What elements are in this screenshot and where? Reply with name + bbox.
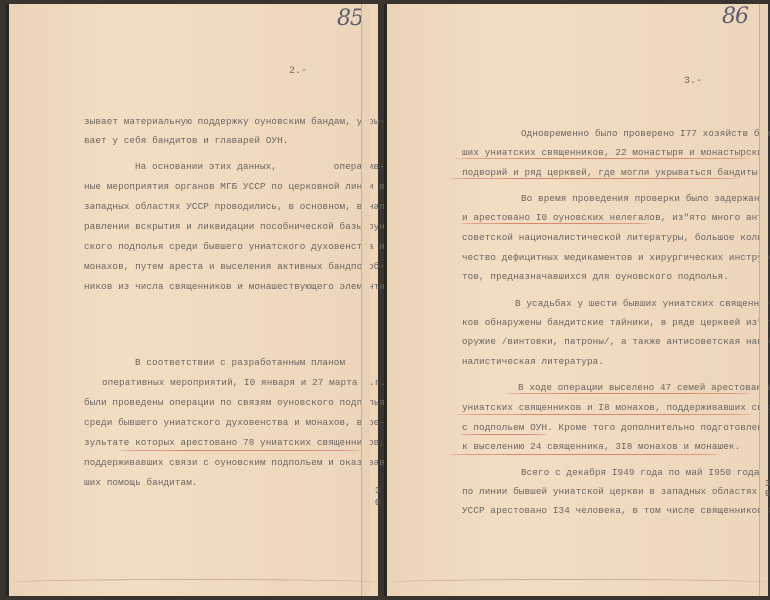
text-line: советской националистической литературы,… [462, 232, 769, 243]
page-edge [759, 4, 768, 596]
margin-mark: 0 [765, 489, 770, 499]
text-line: тов, предназначавшихся для оуновского по… [462, 271, 729, 282]
right-page: 86 3.- Одновременно было проверено I77 х… [384, 4, 768, 596]
text-line: зывает материальную поддержку оуновским … [84, 116, 385, 127]
red-underline [449, 454, 719, 455]
red-underline [455, 158, 750, 159]
red-underline [506, 393, 751, 394]
text-line: ших униатских священников, 22 монастыря … [462, 147, 769, 158]
red-underline [119, 450, 361, 451]
page-curl [9, 579, 378, 586]
text-line: чество дефицитных медикаментов и хирурги… [462, 252, 770, 263]
page-number: 3.- [684, 76, 702, 87]
text-line: В ходе операции выселено 47 семей аресто… [518, 382, 770, 393]
text-line: ников из числа священников и монашествую… [84, 281, 391, 292]
text-line: поддерживавших связи с оуновским подполь… [84, 457, 391, 468]
text-line: налистическая литература. [462, 356, 604, 367]
margin-mark: 3 [765, 479, 770, 489]
text-line: с подпольем ОУН. Кроме того дополнительн… [462, 422, 769, 433]
text-line: подворий и ряд церквей, где могли укрыва… [462, 167, 763, 178]
text-line: ших помощь бандитам. [84, 477, 198, 488]
red-underline [461, 434, 546, 435]
text-line: были проведены операции по связям оуновс… [84, 397, 385, 408]
text-line: равлении вскрытия и ликвидации пособниче… [84, 221, 402, 232]
text-line: В усадьбах у шести бывших униатских свящ… [515, 298, 770, 309]
text-line: и арестовано I0 оуновских нелегалов, из"… [462, 212, 770, 223]
text-line: В соответствии с разработанным планом [135, 357, 345, 368]
text-line: УССР арестовано I34 человека, в том числ… [462, 505, 770, 516]
page-edge [361, 4, 370, 596]
text-line: униатских священников и I8 монахов, подд… [462, 402, 770, 413]
text-line: к выселению 24 священника, 3I8 монахов и… [462, 441, 740, 452]
text-line: Во время проведения проверки было задерж… [521, 193, 765, 204]
text-line: ков обнаружены бандитские тайники, в ряд… [462, 317, 770, 328]
red-underline [457, 414, 752, 415]
red-underline [461, 223, 649, 224]
text-line: ского подполья среди бывшего униатского … [84, 241, 385, 252]
margin-mark: 0 [375, 498, 380, 508]
text-line: оперативных мероприятий, I0 января и 27 … [102, 377, 386, 388]
text-line: оружие /винтовки, патроны/, а также анти… [462, 336, 770, 347]
red-underline [449, 178, 739, 179]
text-line: Одновременно было проверено I77 хозяйств… [521, 128, 770, 139]
text-line: На основании этих данных, оператив- [135, 161, 385, 172]
text-line: монахов, путем ареста и выселения активн… [84, 261, 385, 272]
text-line: по линии бывшей униатской церкви в запад… [462, 486, 757, 497]
text-line: среди бывшего униатского духовенства и м… [84, 417, 385, 428]
margin-mark: 3 [375, 486, 380, 496]
page-curl [387, 579, 768, 586]
text-line: зультате которых арестовано 78 униатских… [84, 437, 385, 448]
page-number: 2.- [289, 66, 307, 77]
text-line: Всего с декабря I949 года по май I950 го… [521, 467, 760, 478]
text-line: западных областях УССР проводились, в ос… [84, 201, 391, 212]
text-line: вает у себя бандитов и главарей ОУН. [84, 135, 288, 146]
folio-number: 85 [337, 6, 363, 31]
text-line: ные мероприятия органов МГБ УССР по церк… [84, 181, 385, 192]
folio-number: 86 [722, 4, 748, 29]
left-page: 85 2.- зывает материальную поддержку оун… [6, 4, 378, 596]
